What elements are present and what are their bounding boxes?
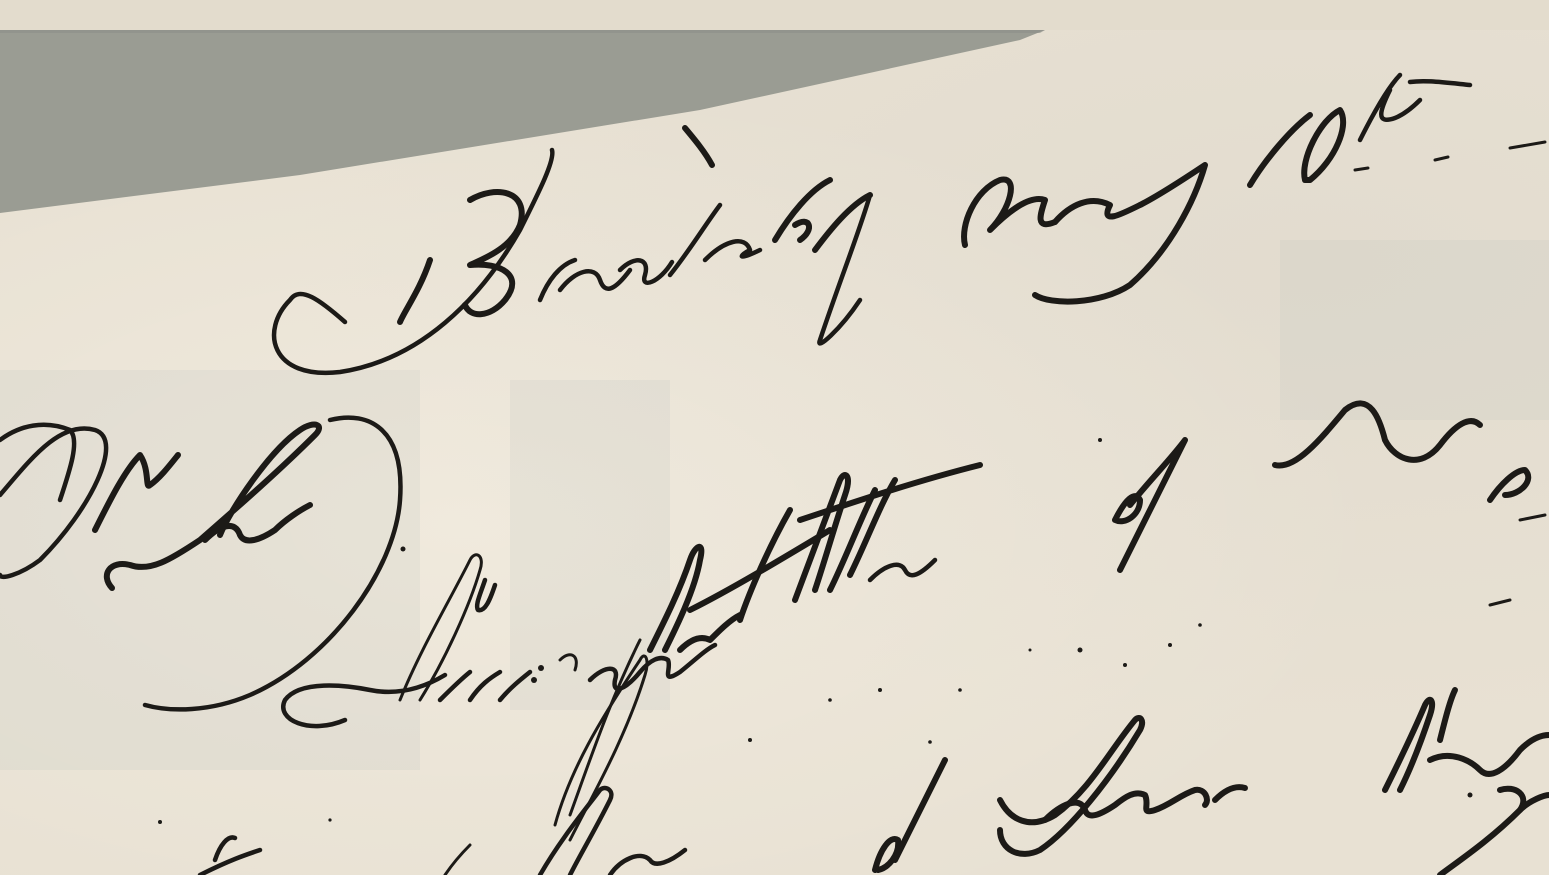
letter-page: Braikley May 18th Dr Son Recd your last … bbox=[0, 0, 1549, 875]
